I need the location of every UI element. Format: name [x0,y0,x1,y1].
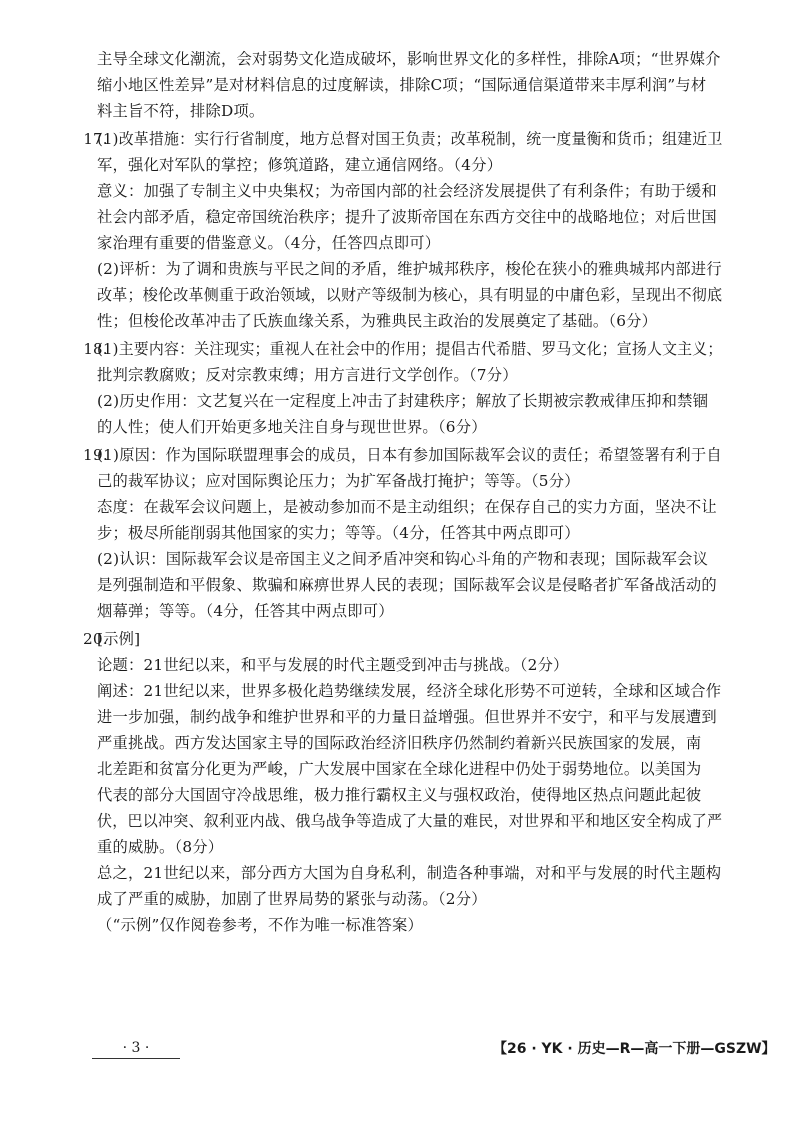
answer-line: 意义：加强了专制主义中央集权；为帝国内部的社会经济发展提供了有利条件；有助于缓和 [97,178,717,204]
question-line: 20.[示例] [97,626,717,652]
answer-line: 缩小地区性差异”是对材料信息的过度解读，排除C项；“国际通信渠道带来丰厚利润”与… [97,72,717,98]
line-text: (1)改革措施：实行行省制度，地方总督对国王负责；改革税制，统一度量衡和货币；组… [97,130,722,148]
answer-line: （“示例”仅作阅卷参考，不作为唯一标准答案） [97,912,717,938]
line-text: 态度：在裁军会议问题上，是被动参加而不是主动组织；在保存自己的实力方面，坚决不让 [97,498,717,516]
line-text: 是列强制造和平假象、欺骗和麻痹世界人民的表现；国际裁军会议是侵略者扩军备战活动的 [97,576,717,594]
answer-line: 成了严重的威胁，加剧了世界局势的紧张与动荡。（2分） [97,886,717,912]
line-text: (1)原因：作为国际联盟理事会的成员，日本有参加国际裁军会议的责任；希望签署有利… [97,446,722,464]
line-text: 北差距和贫富分化更为严峻，广大发展中国家在全球化进程中仍处于弱势地位。以美国为 [97,760,701,778]
line-text: 缩小地区性差异”是对材料信息的过度解读，排除C项；“国际通信渠道带来丰厚利润”与… [97,76,706,94]
answer-line: (2)评析：为了调和贵族与平民之间的矛盾，维护城邦秩序，梭伦在狭小的雅典城邦内部… [97,256,715,282]
line-text: 进一步加强，制约战争和维护世界和平的力量日益增强。但世界并不安宁，和平与发展遭到 [97,708,717,726]
answer-line: 军，强化对军队的掌控；修筑道路，建立通信网络。（4分） [97,152,717,178]
document-page: 主导全球文化潮流，会对弱势文化造成破坏，影响世界文化的多样性，排除A项；“世界媒… [0,0,800,1124]
line-text: (1)主要内容：关注现实；重视人在社会中的作用；提倡古代希腊、罗马文化；宣扬人文… [97,340,722,358]
line-text: (2)历史作用：文艺复兴在一定程度上冲击了封建秩序；解放了长期被宗教戒律压抑和禁… [97,392,708,410]
line-text: (2)评析：为了调和贵族与平民之间的矛盾，维护城邦秩序，梭伦在狭小的雅典城邦内部… [97,260,722,278]
answer-line: 社会内部矛盾，稳定帝国统治秩序；提升了波斯帝国在东西方交往中的战略地位；对后世国 [97,204,717,230]
line-text: 的人性；使人们开始更多地关注自身与现世世界。（6分） [97,418,487,436]
line-text: 伏，巴以冲突、叙利亚内战、俄乌战争等造成了大量的难民，对世界和平和地区安全构成了… [97,812,722,830]
line-text: 重的威胁。（8分） [97,838,223,856]
line-text: 家治理有重要的借鉴意义。（4分，任答四点即可） [97,234,440,252]
question-number: 18. [83,336,107,362]
line-text: 总之，21世纪以来，部分西方大国为自身私利，制造各种事端，对和平与发展的时代主题… [97,864,721,882]
question-number: 20. [83,626,108,652]
answer-line: 改革；梭伦改革侧重于政治领域，以财产等级制为核心，具有明显的中庸色彩，呈现出不彻… [97,282,707,308]
question-line: 17.(1)改革措施：实行行省制度，地方总督对国王负责；改革税制，统一度量衡和货… [97,126,701,152]
answer-line: 是列强制造和平假象、欺骗和麻痹世界人民的表现；国际裁军会议是侵略者扩军备战活动的 [97,572,717,598]
line-text: 料主旨不符，排除D项。 [97,102,264,120]
answer-line: 烟幕弹；等等。（4分，任答其中两点即可） [97,598,717,624]
line-text: 严重挑战。西方发达国家主导的国际政治经济旧秩序仍然制约着新兴民族国家的发展，南 [97,734,701,752]
line-text: 批判宗教腐败；反对宗教束缚；用方言进行文学创作。（7分） [97,366,518,384]
page-number: · 3 · [92,1040,180,1059]
answer-line: 料主旨不符，排除D项。 [97,98,717,124]
question-line: 19.(1)原因：作为国际联盟理事会的成员，日本有参加国际裁军会议的责任；希望签… [97,442,715,468]
question-line: 18.(1)主要内容：关注现实；重视人在社会中的作用；提倡古代希腊、罗马文化；宣… [97,336,701,362]
line-text: (2)认识：国际裁军会议是帝国主义之间矛盾冲突和钩心斗角的产物和表现；国际裁军会… [97,550,708,568]
line-text: 成了严重的威胁，加剧了世界局势的紧张与动荡。（2分） [97,890,487,908]
line-text: 阐述：21世纪以来，世界多极化趋势继续发展，经济全球化形势不可逆转，全球和区域合… [97,682,721,700]
answer-line: 批判宗教腐败；反对宗教束缚；用方言进行文学创作。（7分） [97,362,717,388]
line-text: 意义：加强了专制主义中央集权；为帝国内部的社会经济发展提供了有利条件；有助于缓和 [97,182,717,200]
answer-line: 论题：21世纪以来，和平与发展的时代主题受到冲击与挑战。（2分） [97,652,717,678]
question-number: 19. [83,442,108,468]
answer-line: 代表的部分大国固守冷战思维，极力推行霸权主义与强权政治，使得地区热点问题此起彼 [97,782,717,808]
line-text: 社会内部矛盾，稳定帝国统治秩序；提升了波斯帝国在东西方交往中的战略地位；对后世国 [97,208,717,226]
answer-line: 步；极尽所能削弱其他国家的实力；等等。（4分，任答其中两点即可） [97,520,717,546]
answer-line: 态度：在裁军会议问题上，是被动参加而不是主动组织；在保存自己的实力方面，坚决不让 [97,494,717,520]
line-text: 己的裁军协议；应对国际舆论压力；为扩军备战打掩护；等等。（5分） [97,472,580,490]
answer-line: 阐述：21世纪以来，世界多极化趋势继续发展，经济全球化形势不可逆转，全球和区域合… [97,678,717,704]
question-number: 17. [83,126,107,152]
line-text: 论题：21世纪以来，和平与发展的时代主题受到冲击与挑战。（2分） [97,656,569,674]
line-text: 步；极尽所能削弱其他国家的实力；等等。（4分，任答其中两点即可） [97,524,580,542]
answer-line: 重的威胁。（8分） [97,834,717,860]
answer-line: 进一步加强，制约战争和维护世界和平的力量日益增强。但世界并不安宁，和平与发展遭到 [97,704,717,730]
answer-line: (2)历史作用：文艺复兴在一定程度上冲击了封建秩序；解放了长期被宗教戒律压抑和禁… [97,388,717,414]
answer-line: 性；但梭伦改革冲击了氏族血缘关系，为雅典民主政治的发展奠定了基础。（6分） [97,308,717,334]
answer-line: 己的裁军协议；应对国际舆论压力；为扩军备战打掩护；等等。（5分） [97,468,717,494]
line-text: 改革；梭伦改革侧重于政治领域，以财产等级制为核心，具有明显的中庸色彩，呈现出不彻… [97,286,722,304]
line-text: 主导全球文化潮流，会对弱势文化造成破坏，影响世界文化的多样性，排除A项；“世界媒… [97,50,721,68]
answer-line: 家治理有重要的借鉴意义。（4分，任答四点即可） [97,230,717,256]
answer-line: 总之，21世纪以来，部分西方大国为自身私利，制造各种事端，对和平与发展的时代主题… [97,860,717,886]
line-text: （“示例”仅作阅卷参考，不作为唯一标准答案） [97,916,423,934]
answer-line: 严重挑战。西方发达国家主导的国际政治经济旧秩序仍然制约着新兴民族国家的发展，南 [97,730,717,756]
line-text: 代表的部分大国固守冷战思维，极力推行霸权主义与强权政治，使得地区热点问题此起彼 [97,786,701,804]
answer-line: 的人性；使人们开始更多地关注自身与现世世界。（6分） [97,414,717,440]
answer-line: (2)认识：国际裁军会议是帝国主义之间矛盾冲突和钩心斗角的产物和表现；国际裁军会… [97,546,717,572]
line-text: 烟幕弹；等等。（4分，任答其中两点即可） [97,602,394,620]
answer-line: 北差距和贫富分化更为严峻，广大发展中国家在全球化进程中仍处于弱势地位。以美国为 [97,756,717,782]
line-text: 性；但梭伦改革冲击了氏族血缘关系，为雅典民主政治的发展奠定了基础。（6分） [97,312,657,330]
document-code: 【26 · YK · 历史—R—高一下册—GSZW】 [493,1038,776,1058]
line-text: 军，强化对军队的掌控；修筑道路，建立通信网络。（4分） [97,156,502,174]
answer-line: 伏，巴以冲突、叙利亚内战、俄乌战争等造成了大量的难民，对世界和平和地区安全构成了… [97,808,707,834]
answer-line: 主导全球文化潮流，会对弱势文化造成破坏，影响世界文化的多样性，排除A项；“世界媒… [97,46,717,72]
